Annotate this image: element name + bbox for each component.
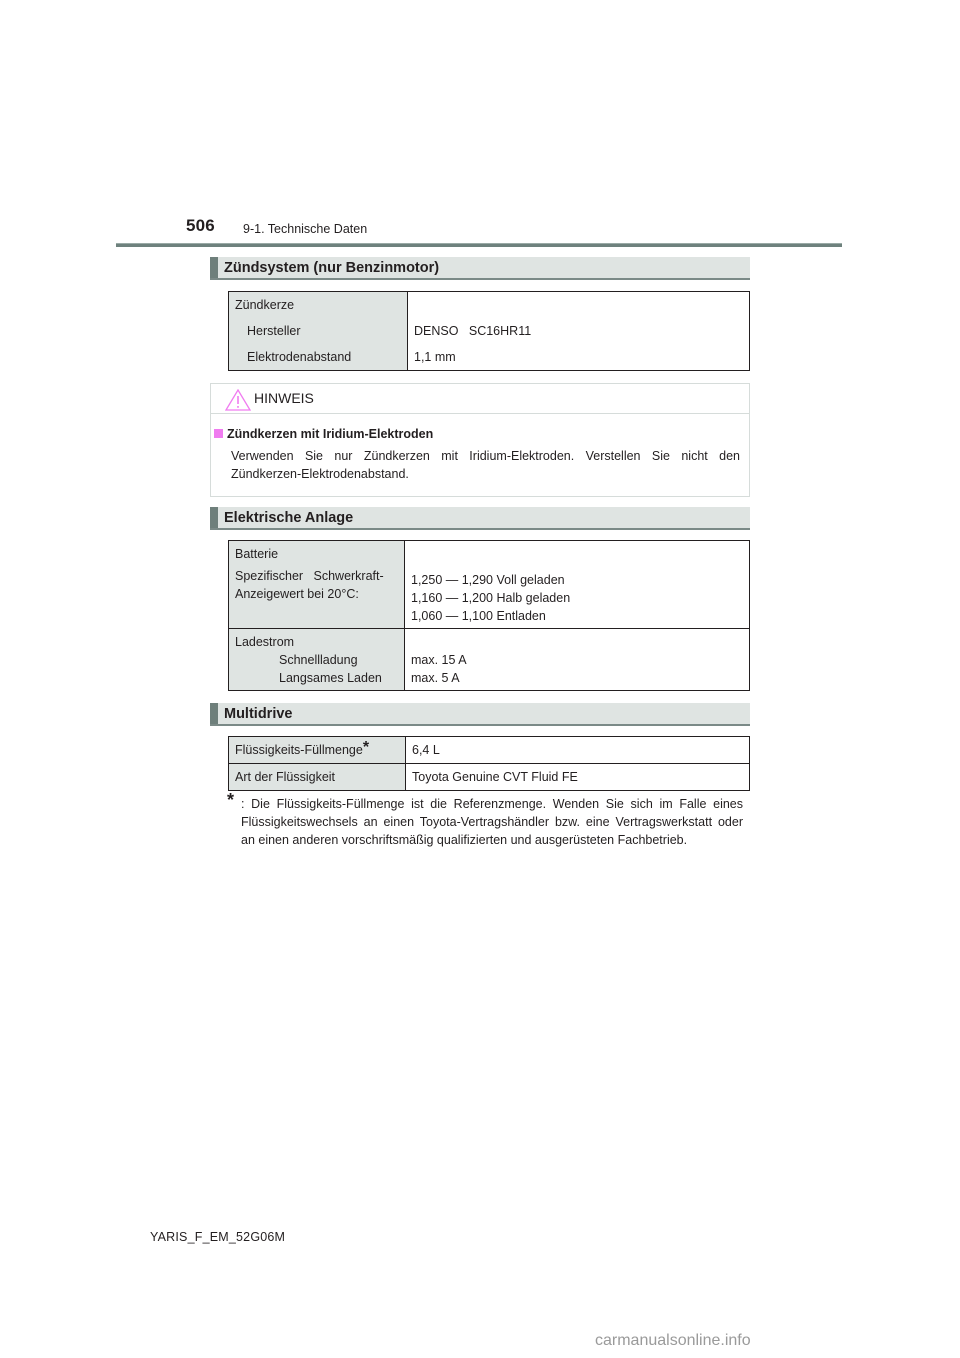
row-label: Flüssigkeits-Füllmenge* bbox=[229, 737, 405, 763]
section-title: Multidrive bbox=[224, 706, 292, 722]
footnote-text: : Die Flüssigkeits-Füllmenge ist die Ref… bbox=[241, 795, 743, 849]
table-row: Ladestrom Schnellladung Langsames Laden … bbox=[229, 629, 750, 691]
page-number: 506 bbox=[186, 216, 215, 236]
section-header-electrical: Elektrische Anlage bbox=[210, 507, 750, 530]
row-value: Toyota Genuine CVT Fluid FE bbox=[406, 764, 749, 790]
label-cell: Art der Flüssigkeit bbox=[229, 764, 406, 791]
row-label: Hersteller bbox=[229, 318, 407, 344]
section-title: Zündsystem (nur Benzinmotor) bbox=[224, 260, 439, 276]
label-cell: Batterie Spezifischer Schwerkraft- Anzei… bbox=[229, 541, 405, 629]
row-label: Elektrodenabstand bbox=[229, 344, 407, 370]
value-cell: Toyota Genuine CVT Fluid FE bbox=[406, 764, 750, 791]
notice-subheading-row: Zündkerzen mit Iridium-Elektroden bbox=[214, 427, 433, 441]
row-label: Schnellladung bbox=[229, 651, 404, 669]
row-label: Art der Flüssigkeit bbox=[229, 764, 405, 790]
table-row: Zündkerze Hersteller Elektrodenabstand D… bbox=[229, 292, 750, 371]
row-value: 1,1 mm bbox=[408, 344, 749, 370]
row-label: Spezifischer Schwerkraft- bbox=[229, 567, 404, 585]
electrical-table: Batterie Spezifischer Schwerkraft- Anzei… bbox=[228, 540, 750, 691]
ignition-table: Zündkerze Hersteller Elektrodenabstand D… bbox=[228, 291, 750, 371]
notice-header: HINWEIS bbox=[211, 384, 749, 414]
value-cell: 6,4 L bbox=[406, 737, 750, 764]
value-cell: DENSO SC16HR11 1,1 mm bbox=[408, 292, 750, 371]
watermark: carmanualsonline.info bbox=[595, 1332, 751, 1350]
row-label: Langsames Laden bbox=[229, 669, 404, 687]
warning-triangle-icon bbox=[225, 389, 251, 411]
section-header-ignition: Zündsystem (nur Benzinmotor) bbox=[210, 257, 750, 280]
row-value: 6,4 L bbox=[406, 737, 749, 763]
row-value: DENSO SC16HR11 bbox=[408, 318, 749, 344]
square-bullet-icon bbox=[214, 429, 223, 438]
row-value: 1,250 — 1,290 Voll geladen bbox=[405, 571, 749, 589]
label-cell: Ladestrom Schnellladung Langsames Laden bbox=[229, 629, 405, 691]
footnote: * : Die Flüssigkeits-Füllmenge ist die R… bbox=[227, 795, 743, 849]
row-label-text: Flüssigkeits-Füllmenge bbox=[235, 743, 363, 757]
value-cell: 1,250 — 1,290 Voll geladen 1,160 — 1,200… bbox=[405, 541, 750, 629]
footnote-marker: * bbox=[363, 739, 369, 756]
row-label: Anzeigewert bei 20°C: bbox=[229, 585, 404, 603]
group-label: Zündkerze bbox=[229, 292, 407, 318]
section-bar bbox=[210, 257, 218, 278]
header-rule bbox=[116, 243, 842, 247]
row-value: max. 5 A bbox=[405, 669, 749, 687]
row-value: 1,160 — 1,200 Halb geladen bbox=[405, 589, 749, 607]
group-label: Ladestrom bbox=[229, 633, 404, 651]
table-row: Art der Flüssigkeit Toyota Genuine CVT F… bbox=[229, 764, 750, 791]
value-cell: max. 15 A max. 5 A bbox=[405, 629, 750, 691]
document-id: YARIS_F_EM_52G06M bbox=[150, 1230, 285, 1244]
row-value: max. 15 A bbox=[405, 651, 749, 669]
multidrive-table: Flüssigkeits-Füllmenge* 6,4 L Art der Fl… bbox=[228, 736, 750, 791]
group-label: Batterie bbox=[229, 541, 404, 567]
row-value: 1,060 — 1,100 Entladen bbox=[405, 607, 749, 625]
section-header-multidrive: Multidrive bbox=[210, 703, 750, 726]
section-bar bbox=[210, 703, 218, 724]
section-title: Elektrische Anlage bbox=[224, 510, 353, 526]
label-cell: Zündkerze Hersteller Elektrodenabstand bbox=[229, 292, 408, 371]
table-row: Batterie Spezifischer Schwerkraft- Anzei… bbox=[229, 541, 750, 629]
notice-body: Verwenden Sie nur Zündkerzen mit Iridium… bbox=[231, 447, 740, 483]
notice-subheading: Zündkerzen mit Iridium-Elektroden bbox=[227, 427, 433, 441]
table-row: Flüssigkeits-Füllmenge* 6,4 L bbox=[229, 737, 750, 764]
notice-box: HINWEIS Zündkerzen mit Iridium-Elektrode… bbox=[210, 383, 750, 497]
notice-heading: HINWEIS bbox=[254, 390, 314, 406]
section-bar bbox=[210, 507, 218, 528]
label-cell: Flüssigkeits-Füllmenge* bbox=[229, 737, 406, 764]
running-header: 9-1. Technische Daten bbox=[243, 222, 367, 236]
footnote-marker: * bbox=[227, 791, 234, 809]
